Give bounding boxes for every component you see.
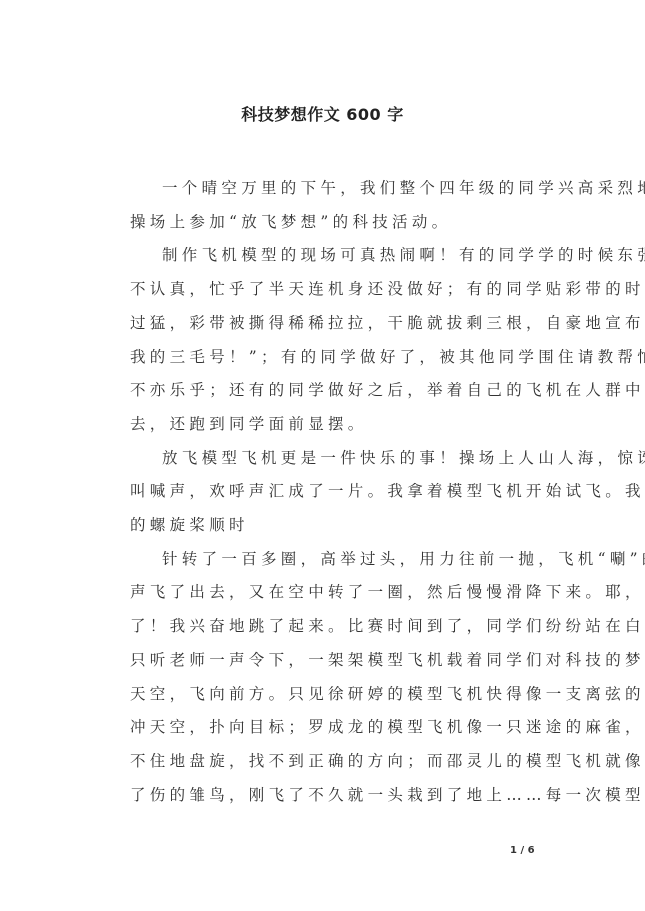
document-page: 科技梦想作文 600 字 一个晴空万里的下午，我们整个四年级的同学兴高采烈地来到… [0,0,645,911]
text-line: 声飞了出去，又在空中转了一圈，然后慢慢滑降下来。耶，成功 [98,576,550,610]
text-line: 针转了一百多圈，高举过头，用力往前一抛，飞机“唰”的一 [98,543,550,577]
text-line: 不住地盘旋，找不到正确的方向；而邵灵儿的模型飞机就像一只受 [98,745,550,779]
text-line: 操场上参加“放飞梦想”的科技活动。 [98,206,550,240]
paragraph-3: 放飞模型飞机更是一件快乐的事！操场上人山人海，惊讶声， 叫喊声，欢呼声汇成了一片… [98,442,550,543]
text-line: 去，还跑到同学面前显摆。 [98,408,550,442]
page-indicator: 1 / 6 [510,845,535,856]
paragraph-1: 一个晴空万里的下午，我们整个四年级的同学兴高采烈地来到 操场上参加“放飞梦想”的… [98,172,550,239]
paragraph-4: 针转了一百多圈，高举过头，用力往前一抛，飞机“唰”的一 声飞了出去，又在空中转了… [98,543,550,813]
text-line: 不认真，忙乎了半天连机身还没做好；有的同学贴彩带的时候用力 [98,273,550,307]
text-line: 放飞模型飞机更是一件快乐的事！操场上人山人海，惊讶声， [98,442,550,476]
text-line: 过猛，彩带被撕得稀稀拉拉，干脆就拔剩三根，自豪地宣布：“看 [98,307,550,341]
text-line: 了！我兴奋地跳了起来。比赛时间到了，同学们纷纷站在白线前， [98,610,550,644]
text-line: 只听老师一声令下，一架架模型飞机载着同学们对科技的梦想划过 [98,644,550,678]
text-line: 冲天空，扑向目标；罗成龙的模型飞机像一只迷途的麻雀，在空中 [98,711,550,745]
text-line: 天空，飞向前方。只见徐研婷的模型飞机快得像一支离弦的箭，直 [98,678,550,712]
text-line: 制作飞机模型的现场可真热闹啊！有的同学学的时候东张西望 [98,239,550,273]
text-line: 不亦乐乎；还有的同学做好之后，举着自己的飞机在人群中钻来钻 [98,374,550,408]
paragraph-2: 制作飞机模型的现场可真热闹啊！有的同学学的时候东张西望 不认真，忙乎了半天连机身… [98,239,550,441]
text-line: 的螺旋桨顺时 [98,509,550,543]
text-line: 叫喊声，欢呼声汇成了一片。我拿着模型飞机开始试飞。我把飞机 [98,475,550,509]
document-title: 科技梦想作文 600 字 [0,102,645,125]
document-body: 一个晴空万里的下午，我们整个四年级的同学兴高采烈地来到 操场上参加“放飞梦想”的… [98,172,550,812]
text-line: 我的三毛号！”；有的同学做好了，被其他同学围住请教帮忙，忙得 [98,341,550,375]
text-line: 了伤的雏鸟，刚飞了不久就一头栽到了地上……每一次模型飞机起 [98,779,550,813]
text-line: 一个晴空万里的下午，我们整个四年级的同学兴高采烈地来到 [98,172,550,206]
